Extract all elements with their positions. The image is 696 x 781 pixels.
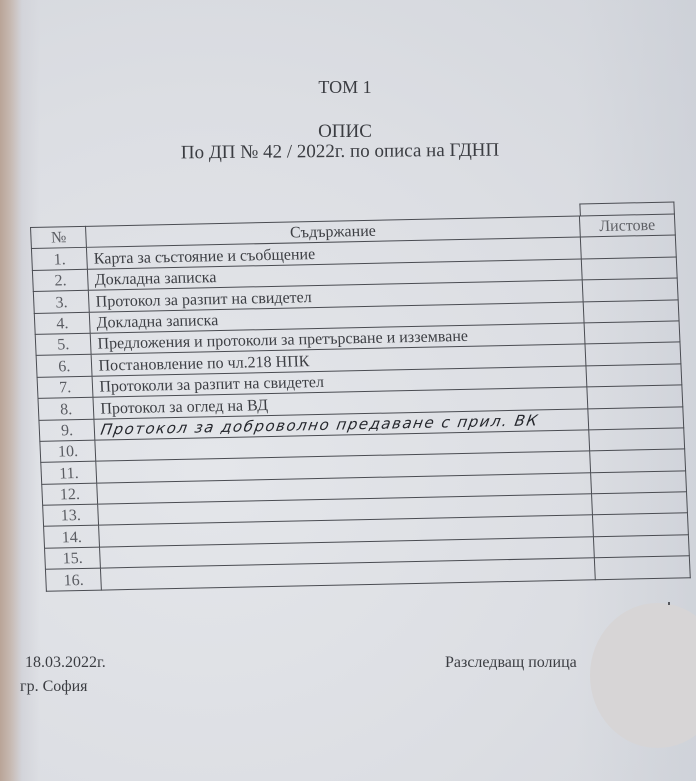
row-number: 2. bbox=[32, 269, 88, 292]
row-number: 9. bbox=[39, 419, 95, 442]
row-sheets bbox=[583, 300, 679, 323]
inventory-table: № Съдържание Листове 1.Карта за състояни… bbox=[30, 213, 691, 591]
row-sheets bbox=[587, 406, 683, 429]
row-number: 13. bbox=[43, 504, 99, 527]
row-sheets bbox=[586, 364, 682, 387]
volume-label: ТОМ 1 bbox=[300, 77, 390, 98]
document-subtitle: По ДП № 42 / 2022г. по описа на ГДНП bbox=[160, 139, 520, 164]
row-sheets bbox=[589, 449, 685, 472]
row-sheets bbox=[592, 513, 688, 536]
row-number: 5. bbox=[35, 333, 91, 356]
header-sheets: Листове bbox=[579, 214, 675, 237]
row-number: 7. bbox=[37, 376, 93, 399]
row-number: 11. bbox=[41, 461, 97, 484]
row-number: 3. bbox=[33, 290, 89, 313]
row-sheets bbox=[585, 342, 681, 365]
row-sheets bbox=[594, 556, 690, 579]
row-number: 15. bbox=[45, 547, 101, 570]
row-sheets bbox=[591, 492, 687, 515]
row-number: 12. bbox=[42, 483, 98, 506]
row-sheets bbox=[590, 471, 686, 494]
row-number: 16. bbox=[45, 568, 101, 591]
row-number: 1. bbox=[31, 248, 87, 271]
row-number: 14. bbox=[44, 526, 100, 549]
header-number: № bbox=[31, 226, 87, 249]
row-number: 4. bbox=[34, 312, 90, 335]
document-date: 18.03.2022г. bbox=[25, 654, 106, 672]
document-city: гр. София bbox=[20, 678, 88, 696]
signatory-label: Разследващ полица bbox=[445, 654, 577, 672]
sheets-header-extension bbox=[579, 202, 675, 217]
row-sheets bbox=[588, 428, 684, 451]
row-sheets bbox=[586, 385, 682, 408]
row-number: 10. bbox=[40, 440, 96, 463]
row-sheets bbox=[581, 257, 677, 280]
table-body: 1.Карта за състояние и съобщение2.Доклад… bbox=[31, 235, 690, 590]
row-sheets bbox=[584, 321, 680, 344]
ink-speck bbox=[668, 602, 670, 605]
row-number: 6. bbox=[36, 355, 92, 378]
row-sheets bbox=[580, 235, 676, 258]
row-number: 8. bbox=[38, 397, 94, 420]
inventory-table-container: № Съдържание Листове 1.Карта за състояни… bbox=[30, 213, 691, 591]
row-sheets bbox=[582, 278, 678, 301]
row-sheets bbox=[593, 535, 689, 558]
